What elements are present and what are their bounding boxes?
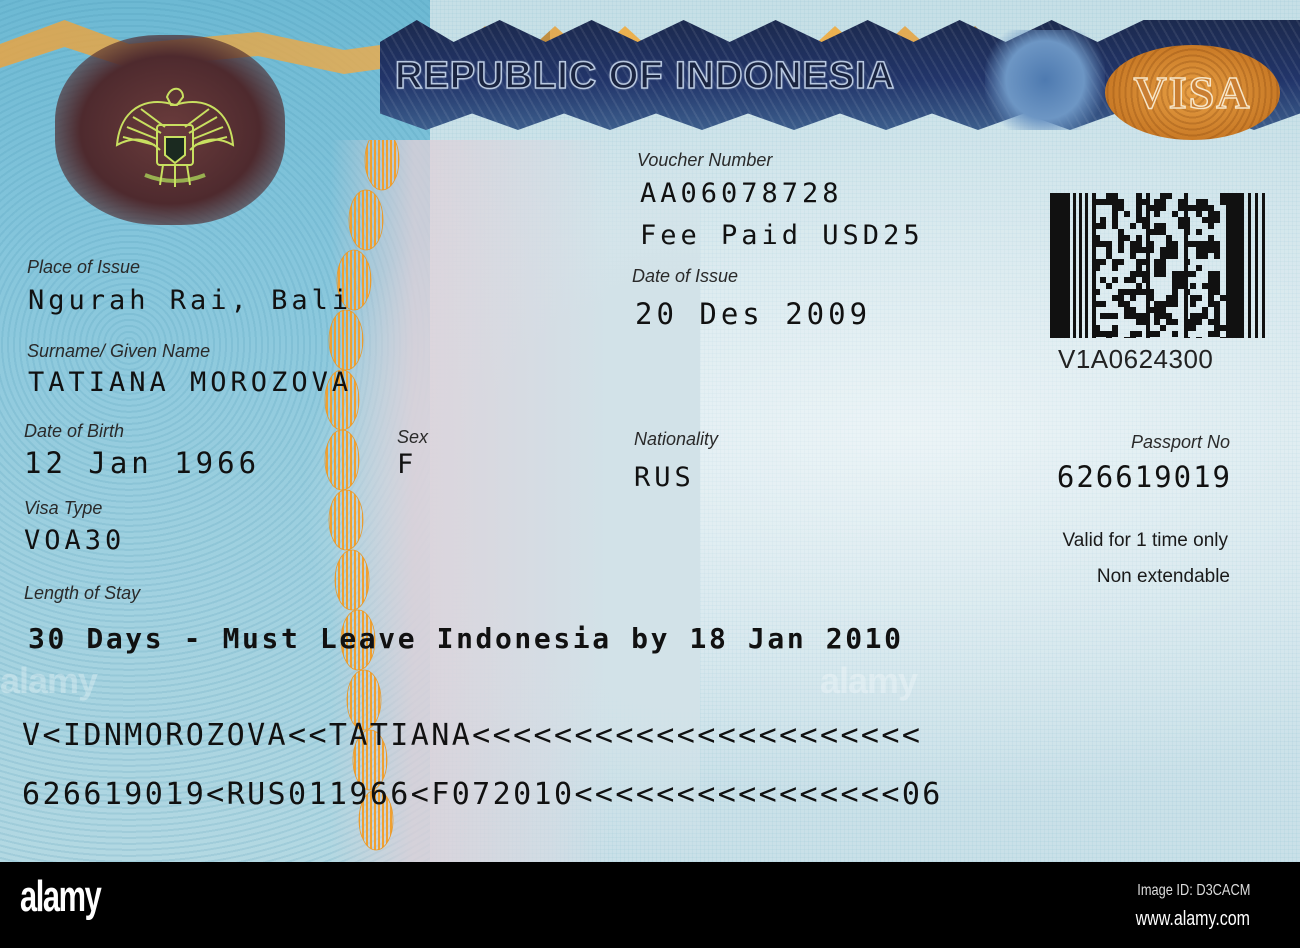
length-of-stay-value: 30 Days - Must Leave Indonesia by 18 Jan… <box>28 622 904 655</box>
garuda-emblem-icon <box>105 75 245 205</box>
date-of-issue-label: Date of Issue <box>632 266 738 287</box>
image-id: Image ID: D3CACM <box>1137 882 1250 900</box>
length-of-stay-label: Length of Stay <box>24 583 140 604</box>
visa-type-label: Visa Type <box>24 498 102 519</box>
site-link[interactable]: www.alamy.com <box>1136 908 1250 931</box>
sex-label: Sex <box>397 427 428 448</box>
date-of-issue-value: 20 Des 2009 <box>635 297 871 331</box>
voucher-number-label: Voucher Number <box>637 150 772 171</box>
sex-value: F <box>397 449 417 480</box>
visa-seal: VISA <box>1105 45 1280 140</box>
mrz-line-2: 626619019<RUS011966<F072010<<<<<<<<<<<<<… <box>22 777 943 812</box>
place-of-issue-label: Place of Issue <box>27 257 140 278</box>
mrz-line-1: V<IDNMOROZOVA<<TATIANA<<<<<<<<<<<<<<<<<<… <box>22 718 922 753</box>
fee-paid-value: Fee Paid USD25 <box>640 220 924 251</box>
place-of-issue-value: Ngurah Rai, Bali <box>28 285 352 316</box>
barcode-serial: V1A0624300 <box>1058 344 1213 375</box>
name-label: Surname/ Given Name <box>27 341 210 362</box>
visa-document: REPUBLIC OF INDONESIA VISA Voucher Numbe… <box>0 0 1300 862</box>
issuer-title: REPUBLIC OF INDONESIA <box>395 55 975 98</box>
watermark: alamy <box>820 660 917 702</box>
visa-type-value: VOA30 <box>24 525 125 556</box>
watermark: alamy <box>0 660 97 702</box>
visa-seal-text: VISA <box>1134 66 1252 119</box>
blue-rosette <box>985 30 1105 130</box>
condition-non-extendable: Non extendable <box>1097 566 1230 588</box>
alamy-logo: alamy <box>20 872 100 922</box>
2d-barcode-icon <box>1050 193 1270 338</box>
passport-no-label: Passport No <box>1131 432 1230 453</box>
stock-photo-footer: alamy Image ID: D3CACM www.alamy.com <box>0 862 1300 948</box>
voucher-number-value: AA06078728 <box>640 178 843 209</box>
name-value: TATIANA MOROZOVA <box>28 367 352 398</box>
dob-label: Date of Birth <box>24 421 124 442</box>
condition-single-entry: Valid for 1 time only <box>1063 530 1228 552</box>
orange-security-chain <box>318 140 418 862</box>
nationality-value: RUS <box>634 462 695 493</box>
passport-no-value: 626619019 <box>1057 460 1232 494</box>
dob-value: 12 Jan 1966 <box>24 446 260 480</box>
nationality-label: Nationality <box>634 429 718 450</box>
